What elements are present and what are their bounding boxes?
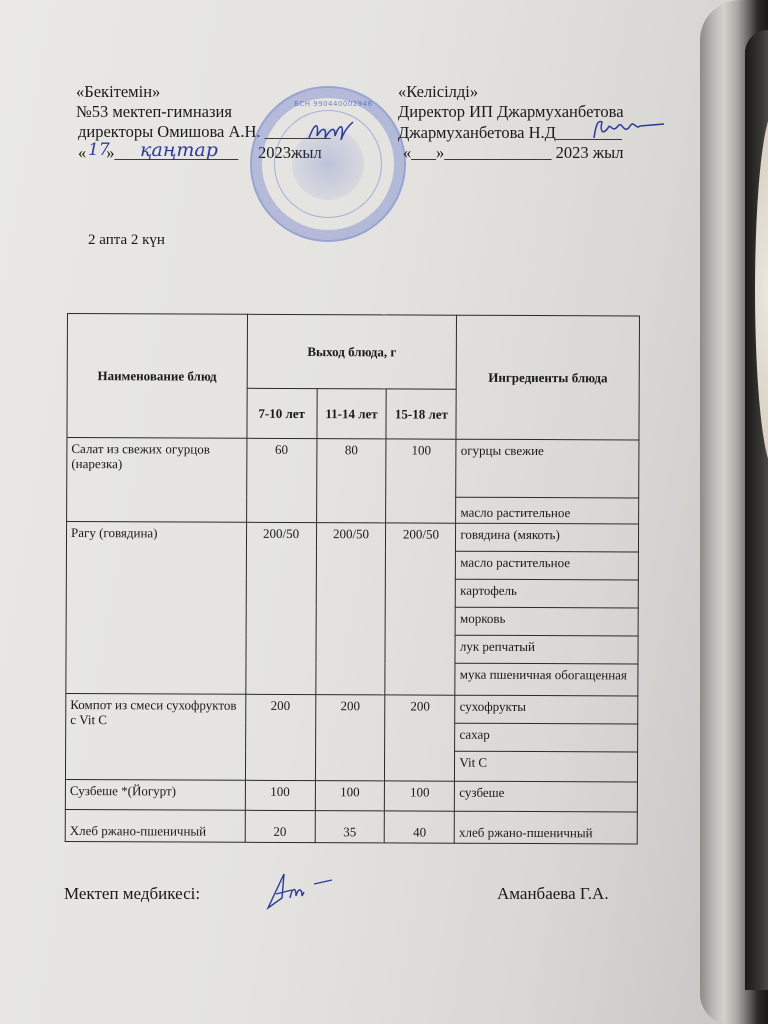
ingredient: морковь xyxy=(455,607,638,636)
header-age-7-10: 7-10 лет xyxy=(247,388,317,438)
dish-name: Рагу (говядина) xyxy=(66,522,246,695)
dish-yield: 60 xyxy=(246,438,316,522)
dish-yield: 40 xyxy=(385,811,455,843)
approval-left-title: «Бекітемін» xyxy=(76,82,160,102)
dish-yield: 200/50 xyxy=(315,523,386,695)
ingredient: масло растительное xyxy=(456,497,639,524)
ingredient: мука пшеничная обогащенная xyxy=(455,663,638,696)
ingredient: Vit C xyxy=(455,751,638,782)
week-day-label: 2 апта 2 күн xyxy=(88,230,165,250)
header-ingredients: Ингредиенты блюда xyxy=(456,315,639,440)
dish-yield: 20 xyxy=(245,810,315,842)
ingredient: сухофрукты xyxy=(455,695,638,724)
ingredient: картофель xyxy=(456,579,639,608)
approval-right-date: «___»_____________ 2023 жыл xyxy=(403,143,623,163)
ingredient: масло растительное xyxy=(456,551,639,580)
header-age-11-14: 11-14 лет xyxy=(317,389,387,439)
ingredient: лук репчатый xyxy=(455,635,638,664)
dish-name: Сузбеше *(Йогурт) xyxy=(65,779,245,810)
nurse-signature-icon xyxy=(262,868,342,912)
dish-yield: 200 xyxy=(245,694,315,780)
table-row: Хлеб ржано-пшеничный203540хлеб ржано-пше… xyxy=(65,809,637,843)
table-row: Сузбеше *(Йогурт)100100100сузбеше xyxy=(65,779,637,811)
dish-yield: 200/50 xyxy=(245,522,316,694)
dish-yield: 100 xyxy=(386,439,456,523)
dish-yield: 100 xyxy=(385,781,455,811)
header-age-15-18: 15-18 лет xyxy=(386,389,456,439)
dish-yield: 100 xyxy=(245,780,315,810)
partner-signature-icon xyxy=(588,114,668,144)
ingredient: сузбеше xyxy=(455,781,638,812)
dish-yield: 80 xyxy=(316,439,386,523)
ingredient: огурцы свежие xyxy=(456,439,639,498)
table-row: Рагу (говядина)200/50200/50200/50говядин… xyxy=(66,522,638,552)
dish-yield: 35 xyxy=(315,811,385,843)
menu-table: Наименование блюд Выход блюда, г Ингреди… xyxy=(65,313,640,844)
dish-name: Компот из смеси сухофруктов с Vit C xyxy=(65,693,245,780)
dish-yield: 100 xyxy=(315,781,385,811)
table-row: Салат из свежих огурцов (нарезка)6080100… xyxy=(67,438,639,498)
official-stamp: БСН 990440002946 xyxy=(250,86,406,242)
table-row: Компот из смеси сухофруктов с Vit C20020… xyxy=(66,693,638,723)
approval-left-school: №53 мектеп-гимназия xyxy=(76,102,232,122)
stamp-text: БСН 990440002946 xyxy=(294,100,373,108)
header-output: Выход блюда, г xyxy=(247,314,457,389)
dish-yield: 200/50 xyxy=(385,523,456,695)
ingredient: говядина (мякоть) xyxy=(456,523,639,552)
dish-yield: 200 xyxy=(315,695,385,781)
nurse-name: Аманбаева Г.А. xyxy=(497,884,609,904)
approval-right-title: «Келісілді» xyxy=(398,82,478,102)
header-dish-name: Наименование блюд xyxy=(67,314,247,439)
ingredient: хлеб ржано-пшеничный xyxy=(455,811,638,844)
dish-name: Салат из свежих огурцов (нарезка) xyxy=(67,438,247,523)
nurse-label: Мектеп медбикесі: xyxy=(64,884,200,904)
handwritten-day: 17 xyxy=(88,140,110,160)
dish-name: Хлеб ржано-пшеничный xyxy=(65,809,245,842)
director-signature-icon xyxy=(305,118,355,146)
handwritten-month: қаңтар xyxy=(140,139,218,161)
dish-yield: 200 xyxy=(385,695,455,781)
ingredient: сахар xyxy=(455,723,638,752)
